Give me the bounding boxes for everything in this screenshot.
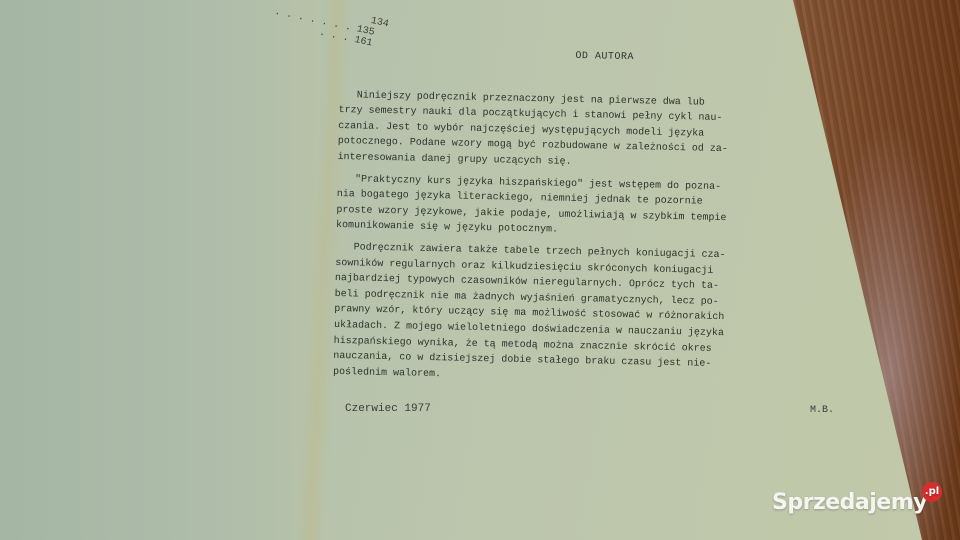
author-initials: M.B. [810, 405, 834, 416]
paragraph-2: "Praktyczny kurs języka hiszpańskiego" j… [336, 172, 807, 244]
sprzedajemy-watermark: Sprzedajemy .pl [772, 490, 927, 515]
date-line: Czerwiec 1977 [345, 403, 431, 415]
paragraph-1: Niniejszy podręcznik przeznaczony jest n… [337, 88, 809, 176]
left-blank-page [0, 0, 320, 540]
watermark-brand: Sprzedajemy [772, 490, 927, 515]
paragraph-3: Podręcznik zawiera także tabele trzech p… [333, 240, 806, 390]
page-title: OD AUTORA [400, 45, 810, 69]
watermark-pl-badge: .pl [922, 482, 942, 502]
preface-page: OD AUTORA Niniejszy podręcznik przeznacz… [333, 38, 810, 396]
